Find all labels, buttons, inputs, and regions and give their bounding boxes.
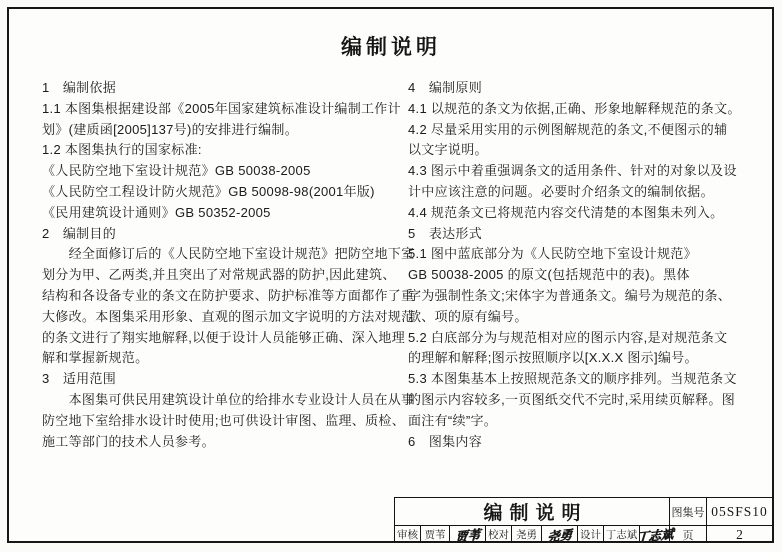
atlas-number-value: 05SFS10: [707, 498, 772, 525]
text-line: 防空地下室给排水设计时使用;也可供设计审图、监理、质检、: [42, 411, 394, 432]
page-number: 2: [707, 525, 772, 543]
text-line: 2 编制目的: [42, 224, 394, 245]
text-line: 5.1 图中蓝底部分为《人民防空地下室设计规范》: [408, 244, 764, 265]
text-line: 5 表达形式: [408, 224, 764, 245]
designer-signature: 丁志斌: [640, 525, 670, 543]
right-column: 4 编制原则4.1 以规范的条文为依据,正确、形象地解释规范的条文。4.2 尽量…: [408, 78, 764, 452]
text-line: 《人民防空工程设计防火规范》GB 50098-98(2001年版): [42, 182, 394, 203]
text-line: GB 50038-2005 的原文(包括规范中的表)。黑体: [408, 265, 764, 286]
text-line: 本图集可供民用建筑设计单位的给排水专业设计人员在从事: [42, 390, 394, 411]
text-line: 5.2 白底部分为与规范相对应的图示内容,是对规范条文: [408, 328, 764, 349]
text-line: 的条文进行了翔实地解释,以便于设计人员能够正确、深入地理: [42, 328, 394, 349]
text-line: 字为强制性条文;宋体字为普通条文。编号为规范的条、: [408, 286, 764, 307]
text-line: 5.3 本图集基本上按照规范条文的顺序排列。当规范条文: [408, 369, 764, 390]
text-line: 划分为甲、乙两类,并且突出了对常规武器的防护,因此建筑、: [42, 265, 394, 286]
proofreader-signature-text: 尧勇: [546, 524, 572, 545]
text-line: 面注有“续”字。: [408, 411, 764, 432]
proofreader-name: 尧勇: [512, 525, 542, 543]
text-line: 6 图集内容: [408, 432, 764, 453]
text-line: 1 编制依据: [42, 78, 394, 99]
reviewer-signature: 贾苇: [450, 525, 486, 543]
review-label: 审核: [395, 525, 421, 543]
design-label: 设计: [578, 525, 604, 543]
text-line: 4.2 尽量采用实用的示例图解规范的条文,不便图示的辅: [408, 120, 764, 141]
text-line: 4 编制原则: [408, 78, 764, 99]
text-line: 1.2 本图集执行的国家标准:: [42, 140, 394, 161]
text-line: 解和掌握新规范。: [42, 348, 394, 369]
text-line: 《民用建筑设计通则》GB 50352-2005: [42, 203, 394, 224]
designer-signature-text: 丁志斌: [635, 523, 674, 545]
text-line: 4.3 图示中着重强调条文的适用条件、针对的对象以及设: [408, 161, 764, 182]
proofreader-signature: 尧勇: [542, 525, 578, 543]
text-line: 3 适用范围: [42, 369, 394, 390]
text-line: 4.1 以规范的条文为依据,正确、形象地解释规范的条文。: [408, 99, 764, 120]
text-line: 以文字说明。: [408, 140, 764, 161]
text-line: 大修改。本图集采用形象、直观的图示加文字说明的方法对规范: [42, 307, 394, 328]
proofread-label: 校对: [486, 525, 512, 543]
text-line: 的理解和解释;图示按照顺序以[X.X.X 图示]编号。: [408, 348, 764, 369]
text-line: 1.1 本图集根据建设部《2005年国家建筑标准设计编制工作计: [42, 99, 394, 120]
text-line: 4.4 规范条文已将规范内容交代清楚的本图集未列入。: [408, 203, 764, 224]
title-block-drawing-title: 编制说明: [395, 498, 670, 525]
text-line: 划》(建质函[2005]137号)的安排进行编制。: [42, 120, 394, 141]
text-line: 结构和各设备专业的条文在防护要求、防护标准等方面都作了重: [42, 286, 394, 307]
text-line: 经全面修订后的《人民防空地下室设计规范》把防空地下室: [42, 244, 394, 265]
text-line: 施工等部门的技术人员参考。: [42, 432, 394, 453]
designer-name: 丁志斌: [604, 525, 640, 543]
text-line: 《人民防空地下室设计规范》GB 50038-2005: [42, 161, 394, 182]
title-block: 编制说明 图集号 05SFS10 审核 贾苇 贾苇 校对 尧勇 尧勇 设计 丁志…: [394, 497, 773, 542]
page-title: 编制说明: [0, 31, 782, 61]
text-line: 的图示内容较多,一页图纸交代不完时,采用续页解释。图: [408, 390, 764, 411]
atlas-number-label: 图集号: [670, 498, 707, 525]
reviewer-name: 贾苇: [421, 525, 450, 543]
page-label: 页: [670, 525, 707, 543]
text-line: 计中应该注意的问题。必要时介绍条文的编制依据。: [408, 182, 764, 203]
left-column: 1 编制依据1.1 本图集根据建设部《2005年国家建筑标准设计编制工作计划》(…: [42, 78, 394, 452]
text-line: 款、项的原有编号。: [408, 307, 764, 328]
reviewer-signature-text: 贾苇: [454, 524, 480, 545]
